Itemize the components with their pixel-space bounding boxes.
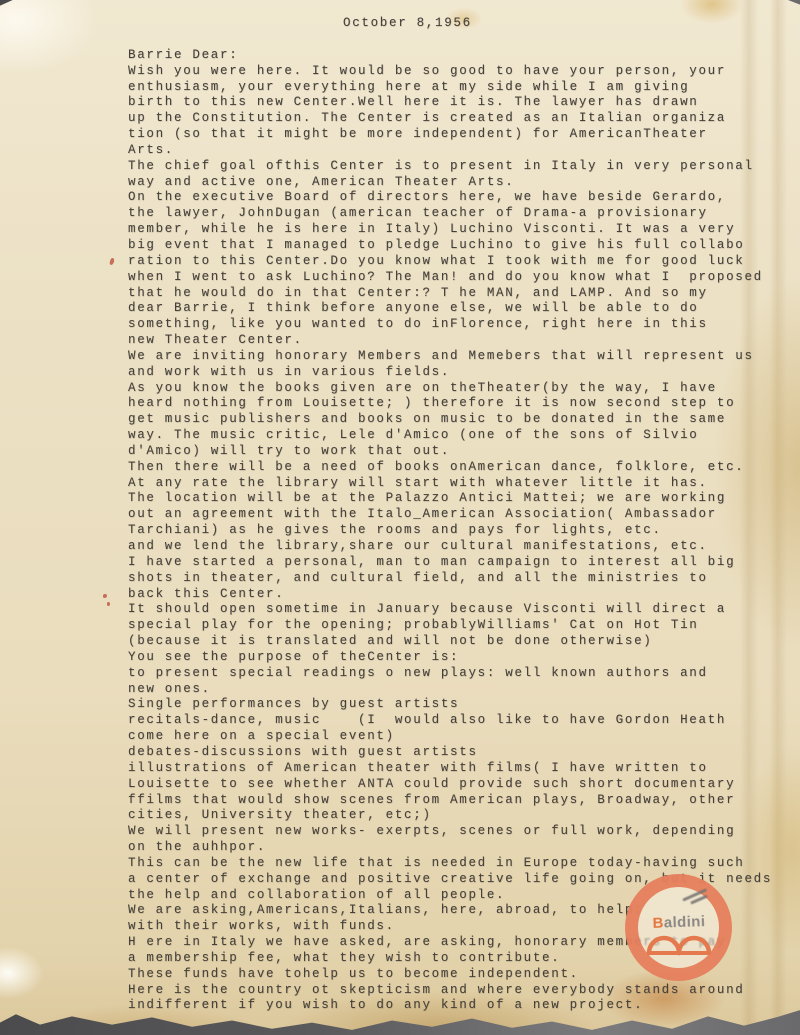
scan-background: { "letter": { "date": "October 8,1956", … [0, 0, 800, 1035]
letter-body-text: Barrie Dear: Wish you were here. It woul… [128, 48, 782, 1014]
letter-content: October 8,1956 Barrie Dear: Wish you wer… [128, 16, 782, 1014]
letter-page: October 8,1956 Barrie Dear: Wish you wer… [0, 0, 800, 1035]
red-pen-mark [107, 602, 110, 606]
red-pen-mark [109, 258, 115, 266]
letter-date: October 8,1956 [343, 16, 782, 32]
stamp-name-initial: B [652, 915, 664, 932]
stamp-fine-print [677, 886, 710, 911]
baldini-library-stamp: Baldini [625, 874, 732, 981]
scan-area: October 8,1956 Barrie Dear: Wish you wer… [0, 0, 800, 1035]
open-book-icon [646, 933, 712, 957]
stamp-name: Baldini [652, 913, 705, 932]
red-pen-mark [103, 594, 107, 598]
stamp-name-rest: aldini [663, 913, 705, 931]
